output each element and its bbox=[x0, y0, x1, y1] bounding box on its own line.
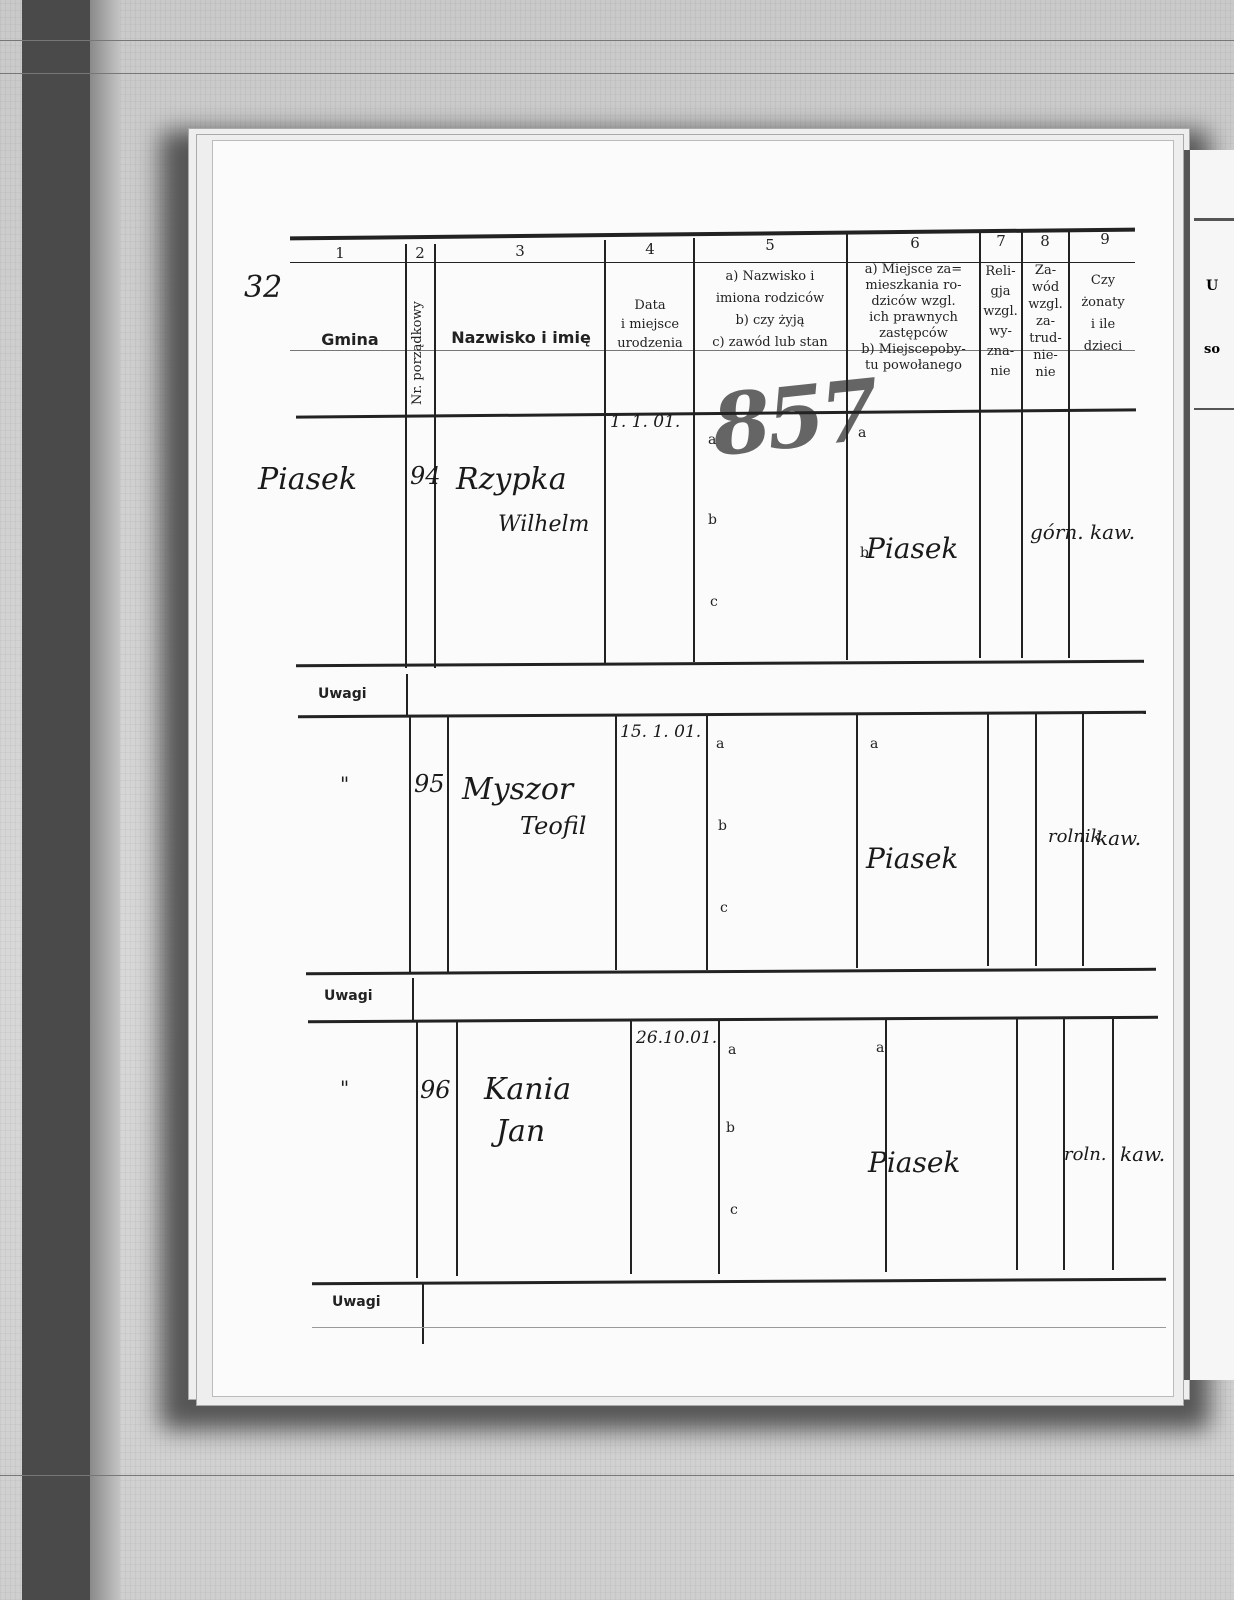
entry-occupation: roln. bbox=[1064, 1144, 1107, 1165]
entry-nr: 94 bbox=[410, 462, 441, 490]
scanner-edge-bar bbox=[22, 0, 90, 1600]
entry-residence: Piasek bbox=[868, 1146, 960, 1179]
header-nazwisko-imie: Nazwisko i imię bbox=[438, 328, 604, 347]
remarks-label: Uwagi bbox=[324, 988, 373, 1004]
entry-gmina: " bbox=[340, 772, 349, 796]
column-divider bbox=[718, 1020, 720, 1274]
column-divider bbox=[987, 712, 989, 966]
column-divider bbox=[630, 1020, 632, 1274]
remarks-divider bbox=[412, 978, 414, 1020]
header-zawod: Za- wód wzgl. za- trud- nie- nie bbox=[1023, 262, 1068, 381]
header-gmina: Gmina bbox=[300, 330, 400, 349]
remarks-divider bbox=[406, 674, 408, 716]
entry-residence: Piasek bbox=[866, 842, 958, 875]
sub-label-a: a bbox=[728, 1042, 736, 1058]
column-divider bbox=[434, 244, 436, 668]
sub-label-a: a bbox=[870, 736, 878, 752]
header-data-miejsce-urodzenia: Data i miejsce urodzenia bbox=[606, 296, 694, 353]
header-rodzice: a) Nazwisko i imiona rodziców b) czy żyj… bbox=[695, 266, 845, 354]
entry-birth-date: 26.10.01. bbox=[636, 1028, 717, 1048]
remarks-label: Uwagi bbox=[332, 1294, 381, 1310]
entry-gmina: Piasek bbox=[258, 462, 357, 497]
scan-line bbox=[0, 40, 1234, 41]
column-number: 3 bbox=[500, 242, 540, 260]
sub-label-c: c bbox=[720, 900, 728, 916]
remarks-bottom-rule bbox=[312, 1327, 1166, 1328]
facing-page-text: U bbox=[1206, 278, 1218, 294]
sub-label-c: c bbox=[710, 594, 718, 610]
entry-residence: Piasek bbox=[866, 532, 958, 565]
column-number: 1 bbox=[320, 244, 360, 262]
remarks-divider bbox=[422, 1284, 424, 1344]
sub-label-b: b bbox=[718, 818, 727, 834]
entry-surname: Rzypka bbox=[456, 462, 567, 497]
entry-occupation: górn. bbox=[1030, 520, 1084, 544]
archive-number-stamp: 857 bbox=[707, 360, 880, 476]
column-number: 4 bbox=[630, 240, 670, 258]
column-divider bbox=[1016, 1018, 1018, 1270]
sub-label-b: b bbox=[726, 1120, 735, 1136]
entry-occupation: rolnik bbox=[1048, 826, 1101, 847]
scan-line bbox=[0, 73, 1234, 74]
entry-given-name: Teofil bbox=[520, 812, 586, 840]
column-divider bbox=[885, 1018, 887, 1272]
column-number: 9 bbox=[1080, 230, 1130, 248]
binding-shadow bbox=[90, 0, 120, 1600]
entry-given-name: Jan bbox=[496, 1114, 545, 1149]
column-number: 7 bbox=[983, 232, 1019, 250]
entry-marital-status: kaw. bbox=[1090, 520, 1135, 544]
sub-label-a: a bbox=[716, 736, 724, 752]
column-number: 2 bbox=[407, 244, 433, 262]
header-zonaty: Czy żonaty i ile dzieci bbox=[1070, 270, 1136, 358]
scan-line bbox=[0, 1475, 1234, 1476]
column-number: 8 bbox=[1025, 232, 1065, 250]
column-number: 6 bbox=[895, 234, 935, 252]
header-miejsce-zamieszkania: a) Miejsce za= mieszkania ro- dziców wzg… bbox=[848, 262, 979, 374]
column-divider bbox=[1035, 712, 1037, 966]
column-divider bbox=[615, 714, 617, 970]
column-divider bbox=[706, 714, 708, 970]
sub-label-b: b bbox=[708, 512, 717, 528]
header-religia: Reli- gja wzgl. wy- zna- nie bbox=[980, 262, 1021, 382]
column-divider bbox=[405, 244, 407, 668]
sub-label-c: c bbox=[730, 1202, 738, 1218]
column-divider bbox=[447, 716, 449, 972]
entry-surname: Myszor bbox=[462, 772, 573, 807]
entry-surname: Kania bbox=[484, 1072, 571, 1107]
entry-birth-date: 1. 1. 01. bbox=[610, 412, 680, 432]
column-divider bbox=[856, 714, 858, 968]
column-divider bbox=[409, 716, 411, 972]
entry-gmina: " bbox=[340, 1076, 349, 1100]
entry-marital-status: kaw. bbox=[1096, 826, 1141, 850]
entry-birth-date: 15. 1. 01. bbox=[620, 722, 701, 742]
facing-page-edge: U so bbox=[1184, 150, 1234, 1380]
facing-page-text: so bbox=[1204, 342, 1220, 357]
entry-given-name: Wilhelm bbox=[498, 512, 589, 537]
entry-nr: 95 bbox=[414, 770, 445, 798]
entry-nr: 96 bbox=[420, 1076, 451, 1104]
sub-label-a: a bbox=[708, 432, 716, 448]
column-divider bbox=[456, 1022, 458, 1276]
remarks-label: Uwagi bbox=[318, 686, 367, 702]
column-number: 5 bbox=[750, 236, 790, 254]
sub-label-a: a bbox=[876, 1040, 884, 1056]
column-divider bbox=[1112, 1018, 1114, 1270]
column-divider bbox=[416, 1022, 418, 1278]
header-nr-porzadkowy: Nr. porządkowy bbox=[410, 301, 425, 405]
entry-marital-status: kaw. bbox=[1120, 1142, 1165, 1166]
page-marker: 32 bbox=[244, 270, 282, 305]
sub-label-a: a bbox=[858, 425, 866, 441]
